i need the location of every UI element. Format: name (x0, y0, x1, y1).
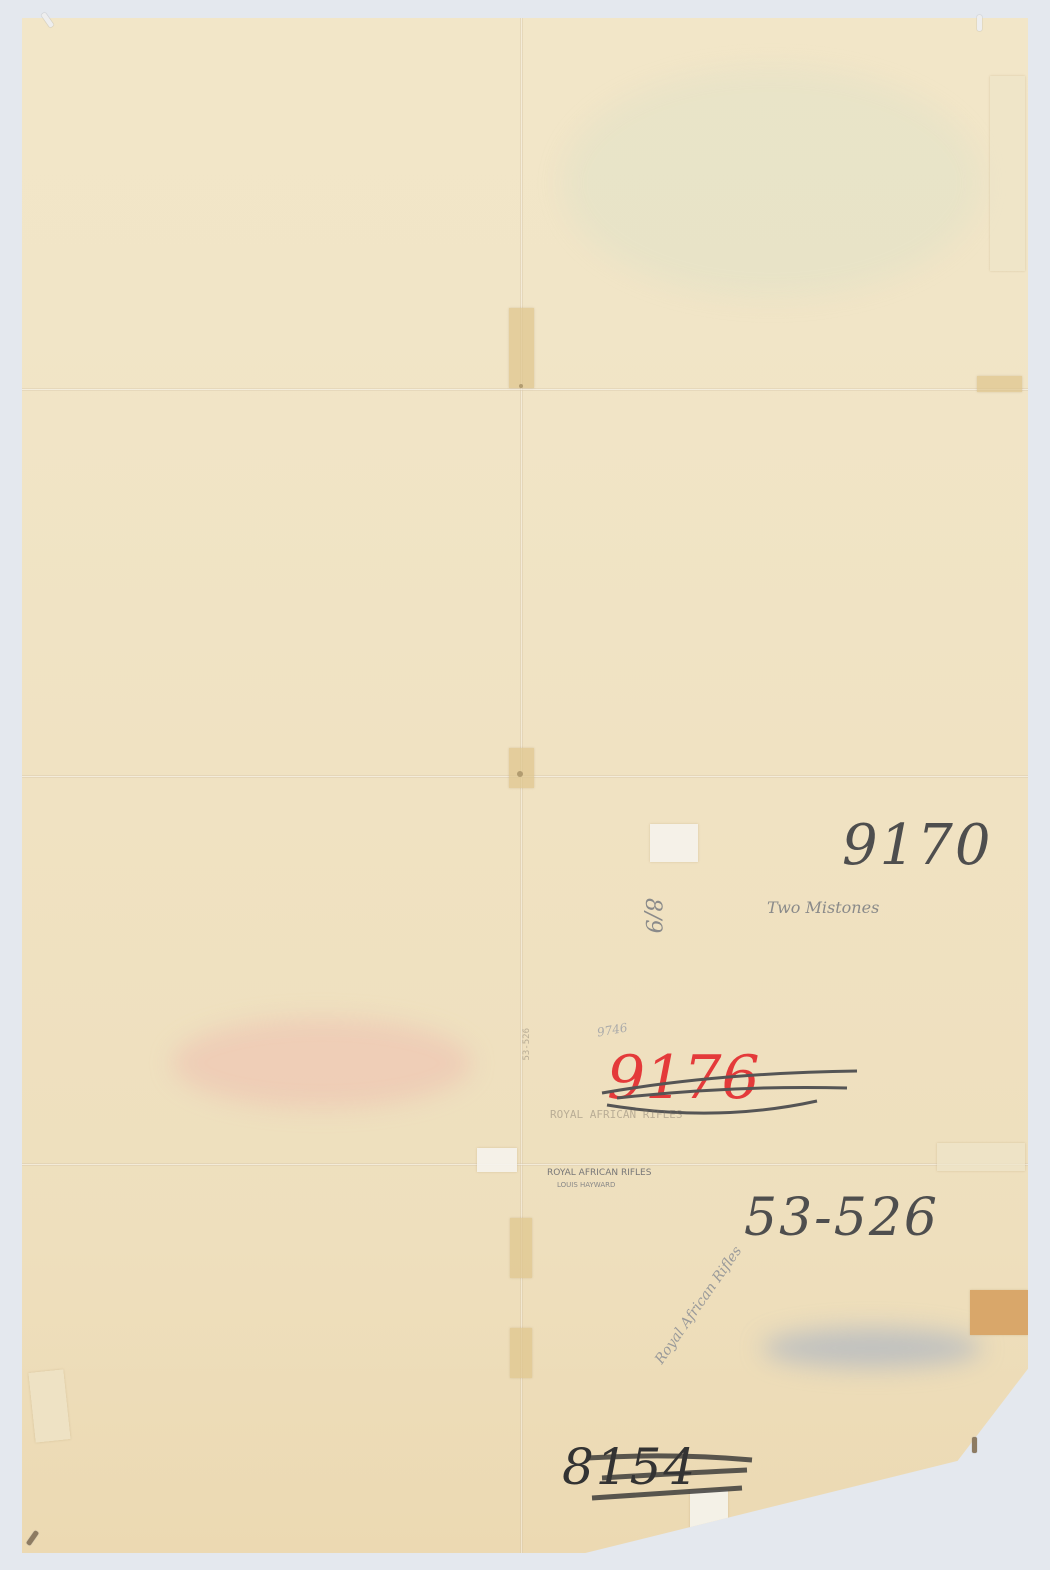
blue-smudge (762, 1328, 982, 1368)
tape-strip (28, 1369, 70, 1442)
tape-strip (509, 748, 534, 788)
tape-strip (510, 1218, 532, 1278)
vertical-stamp: 53-526 (522, 1028, 532, 1061)
tape-strip (510, 1328, 532, 1378)
faint-pencil-number: 9746 (596, 1020, 629, 1039)
top-right-number: 9170 (842, 813, 993, 878)
bottom-small-mark: 5 (757, 1513, 771, 1538)
tape-strip (477, 1148, 517, 1172)
pushpin (972, 1437, 977, 1453)
tape-strip (937, 1143, 1025, 1171)
stamp-text: ROYAL AFRICAN RIFLES (550, 1108, 682, 1121)
small-circled-number: 8/9 (640, 898, 665, 933)
actor-label: LOUIS HAYWARD (557, 1181, 615, 1189)
tape-strip (977, 376, 1022, 392)
tape-strip (990, 76, 1025, 271)
green-bleed-through (562, 68, 982, 298)
tape-strip (650, 824, 698, 862)
horizontal-fold-1 (22, 388, 1028, 391)
title-note: Two Mistones (767, 898, 879, 917)
pushpin (977, 15, 982, 31)
pencil-scribble-out (582, 1448, 762, 1518)
poster-back: 9170 Two Mistones 8/9 9746 9176 53-526 R… (22, 18, 1028, 1553)
tape-strip (509, 308, 534, 388)
red-bleed-through (172, 1018, 472, 1108)
horizontal-fold-3 (22, 1163, 1028, 1166)
film-title-label: ROYAL AFRICAN RIFLES (547, 1168, 651, 1178)
brown-tape (970, 1290, 1028, 1335)
diagonal-note: Royal African Rifles (652, 1243, 745, 1367)
catalog-number: 53-526 (744, 1188, 939, 1248)
